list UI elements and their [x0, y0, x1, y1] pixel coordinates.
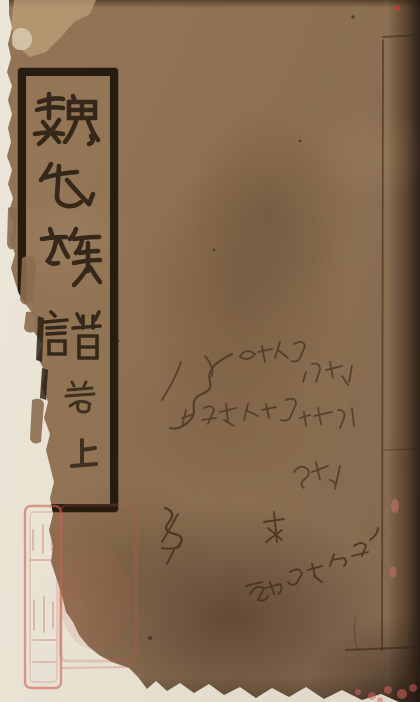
- small-seal-icon: [25, 506, 61, 688]
- red-edge-speckles: [355, 5, 417, 702]
- seal-and-fleck-overlay: [0, 0, 420, 702]
- large-faint-seal-icon: [60, 505, 136, 668]
- frame-border-fragments: [36, 316, 48, 400]
- photograph-genealogy-book-cover: 魏氏族譜 卷上 厚派 四十八字 仅有十六字 冷村 六十四年 仙女 卷上 本 魏氏…: [0, 0, 420, 702]
